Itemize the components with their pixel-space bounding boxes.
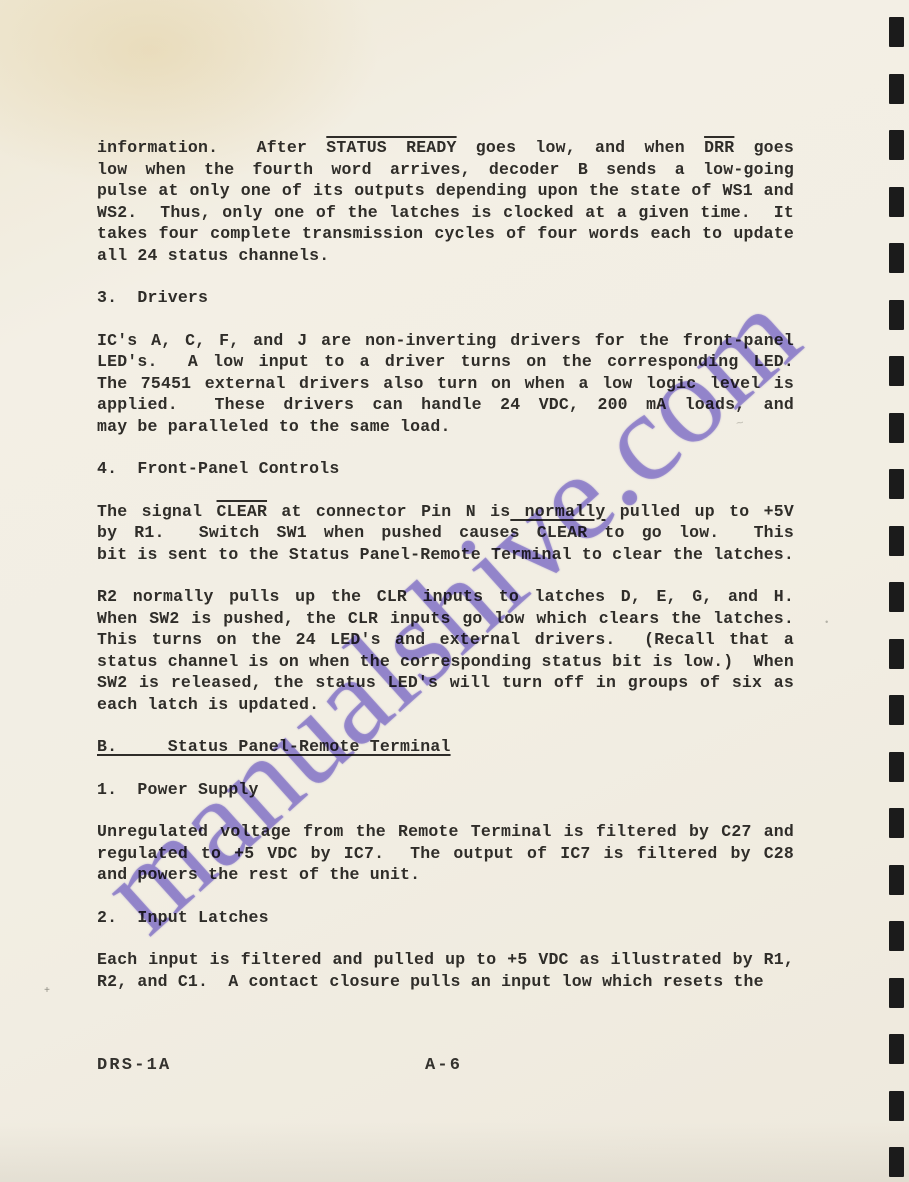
text-line: When SW2 is pushed, the CLR inputs go lo… <box>97 608 794 630</box>
text-segment: 1. Power Supply <box>97 780 259 799</box>
scan-speck: • <box>824 618 829 628</box>
section-heading: 1. Power Supply <box>97 779 794 801</box>
binding-mark <box>889 243 904 273</box>
text-segment: applied. These drivers can handle 24 VDC… <box>97 395 794 414</box>
binding-mark <box>889 413 904 443</box>
text-segment: bit is sent to the Status Panel-Remote T… <box>97 545 794 564</box>
text-line: WS2. Thus, only one of the latches is cl… <box>97 202 794 224</box>
binding-mark <box>889 1147 904 1177</box>
text-segment: This turns on the 24 LED's and external … <box>97 630 794 649</box>
text-line: 4. Front-Panel Controls <box>97 458 794 480</box>
text-segment: 4. Front-Panel Controls <box>97 459 339 478</box>
text-segment: Each input is filtered and pulled up to … <box>97 950 794 969</box>
text-line: takes four complete transmission cycles … <box>97 223 794 245</box>
paragraph: The signal CLEAR at connector Pin N is n… <box>97 501 794 566</box>
text-segment: information. After <box>97 138 326 157</box>
text-line: bit is sent to the Status Panel-Remote T… <box>97 544 794 566</box>
paragraph: R2 normally pulls up the CLR inputs to l… <box>97 586 794 715</box>
text-segment: low when the fourth word arrives, decode… <box>97 160 794 179</box>
text-line: all 24 status channels. <box>97 245 794 267</box>
underlined-text: normally <box>510 502 605 521</box>
binding-mark <box>889 187 904 217</box>
text-segment: 3. Drivers <box>97 288 208 307</box>
binding-mark <box>889 469 904 499</box>
binding-mark <box>889 695 904 725</box>
section-heading: B. Status Panel-Remote Terminal <box>97 736 794 758</box>
text-line: B. Status Panel-Remote Terminal <box>97 736 794 758</box>
film-marks <box>889 0 904 1182</box>
text-line: R2 normally pulls up the CLR inputs to l… <box>97 586 794 608</box>
text-segment: and powers the rest of the unit. <box>97 865 420 884</box>
binding-mark <box>889 808 904 838</box>
text-line: regulated to +5 VDC by IC7. The output o… <box>97 843 794 865</box>
binding-mark <box>889 356 904 386</box>
text-line: The signal CLEAR at connector Pin N is n… <box>97 501 794 523</box>
text-segment: The 75451 external drivers also turn on … <box>97 374 794 393</box>
text-segment: WS2. Thus, only one of the latches is cl… <box>97 203 794 222</box>
text-segment: may be paralleled to the same load. <box>97 417 451 436</box>
text-line: by R1. Switch SW1 when pushed causes CLE… <box>97 522 794 544</box>
text-line: This turns on the 24 LED's and external … <box>97 629 794 651</box>
text-line: information. After STATUS READY goes low… <box>97 137 794 159</box>
text-line: Each input is filtered and pulled up to … <box>97 949 794 971</box>
text-line: status channel is on when the correspond… <box>97 651 794 673</box>
text-line: The 75451 external drivers also turn on … <box>97 373 794 395</box>
footer-doc-id: DRS-1A <box>97 1056 171 1075</box>
signal-name-overbar: STATUS READY <box>326 138 456 157</box>
binding-mark <box>889 865 904 895</box>
text-line: pulse at only one of its outputs dependi… <box>97 180 794 202</box>
binding-mark <box>889 526 904 556</box>
binding-mark <box>889 752 904 782</box>
signal-name-overbar: DRR <box>704 138 734 157</box>
section-heading: 4. Front-Panel Controls <box>97 458 794 480</box>
text-segment: pulled up to +5V <box>605 502 794 521</box>
binding-mark <box>889 300 904 330</box>
binding-mark <box>889 921 904 951</box>
text-segment: all 24 status channels. <box>97 246 329 265</box>
text-segment: goes <box>734 138 794 157</box>
text-segment: takes four complete transmission cycles … <box>97 224 794 243</box>
binding-mark <box>889 17 904 47</box>
text-segment: LED's. A low input to a driver turns on … <box>97 352 794 371</box>
underlined-text: B. Status Panel-Remote Terminal <box>97 737 451 756</box>
text-segment: R2 normally pulls up the CLR inputs to l… <box>97 587 794 606</box>
text-line: each latch is updated. <box>97 694 794 716</box>
text-segment: status channel is on when the correspond… <box>97 652 794 671</box>
text-segment: SW2 is released, the status LED's will t… <box>97 673 794 692</box>
text-line: low when the fourth word arrives, decode… <box>97 159 794 181</box>
paragraph: Each input is filtered and pulled up to … <box>97 949 794 992</box>
text-line: 1. Power Supply <box>97 779 794 801</box>
text-segment: 2. Input Latches <box>97 908 269 927</box>
text-segment: R2, and C1. A contact closure pulls an i… <box>97 972 764 991</box>
binding-mark <box>889 582 904 612</box>
paragraph: IC's A, C, F, and J are non-inverting dr… <box>97 330 794 438</box>
binding-mark <box>889 1034 904 1064</box>
text-segment: each latch is updated. <box>97 695 319 714</box>
scan-shadow <box>0 1122 909 1182</box>
binding-mark <box>889 74 904 104</box>
text-line: Unregulated voltage from the Remote Term… <box>97 821 794 843</box>
text-line: 3. Drivers <box>97 287 794 309</box>
text-segment: by R1. Switch SW1 when pushed causes CLE… <box>97 523 794 542</box>
text-line: SW2 is released, the status LED's will t… <box>97 672 794 694</box>
text-line: applied. These drivers can handle 24 VDC… <box>97 394 794 416</box>
text-line: R2, and C1. A contact closure pulls an i… <box>97 971 794 993</box>
binding-mark <box>889 978 904 1008</box>
text-segment: regulated to +5 VDC by IC7. The output o… <box>97 844 794 863</box>
paragraph: Unregulated voltage from the Remote Term… <box>97 821 794 886</box>
text-line: 2. Input Latches <box>97 907 794 929</box>
binding-mark <box>889 130 904 160</box>
binding-mark <box>889 1091 904 1121</box>
signal-name-overbar: CLEAR <box>217 502 268 521</box>
text-line: IC's A, C, F, and J are non-inverting dr… <box>97 330 794 352</box>
text-segment: at connector Pin N is <box>267 502 510 521</box>
text-segment: goes low, and when <box>457 138 704 157</box>
text-segment: Unregulated voltage from the Remote Term… <box>97 822 794 841</box>
text-line: may be paralleled to the same load. <box>97 416 794 438</box>
binding-mark <box>889 639 904 669</box>
text-segment: IC's A, C, F, and J are non-inverting dr… <box>97 331 794 350</box>
paragraph: information. After STATUS READY goes low… <box>97 137 794 266</box>
text-segment: pulse at only one of its outputs dependi… <box>97 181 794 200</box>
footer-page-number: A-6 <box>425 1056 462 1075</box>
text-line: and powers the rest of the unit. <box>97 864 794 886</box>
text-line: LED's. A low input to a driver turns on … <box>97 351 794 373</box>
section-heading: 3. Drivers <box>97 287 794 309</box>
section-heading: 2. Input Latches <box>97 907 794 929</box>
document-body: information. After STATUS READY goes low… <box>97 137 794 1013</box>
scan-speck: + <box>44 986 50 997</box>
text-segment: The signal <box>97 502 217 521</box>
text-segment: When SW2 is pushed, the CLR inputs go lo… <box>97 609 794 628</box>
